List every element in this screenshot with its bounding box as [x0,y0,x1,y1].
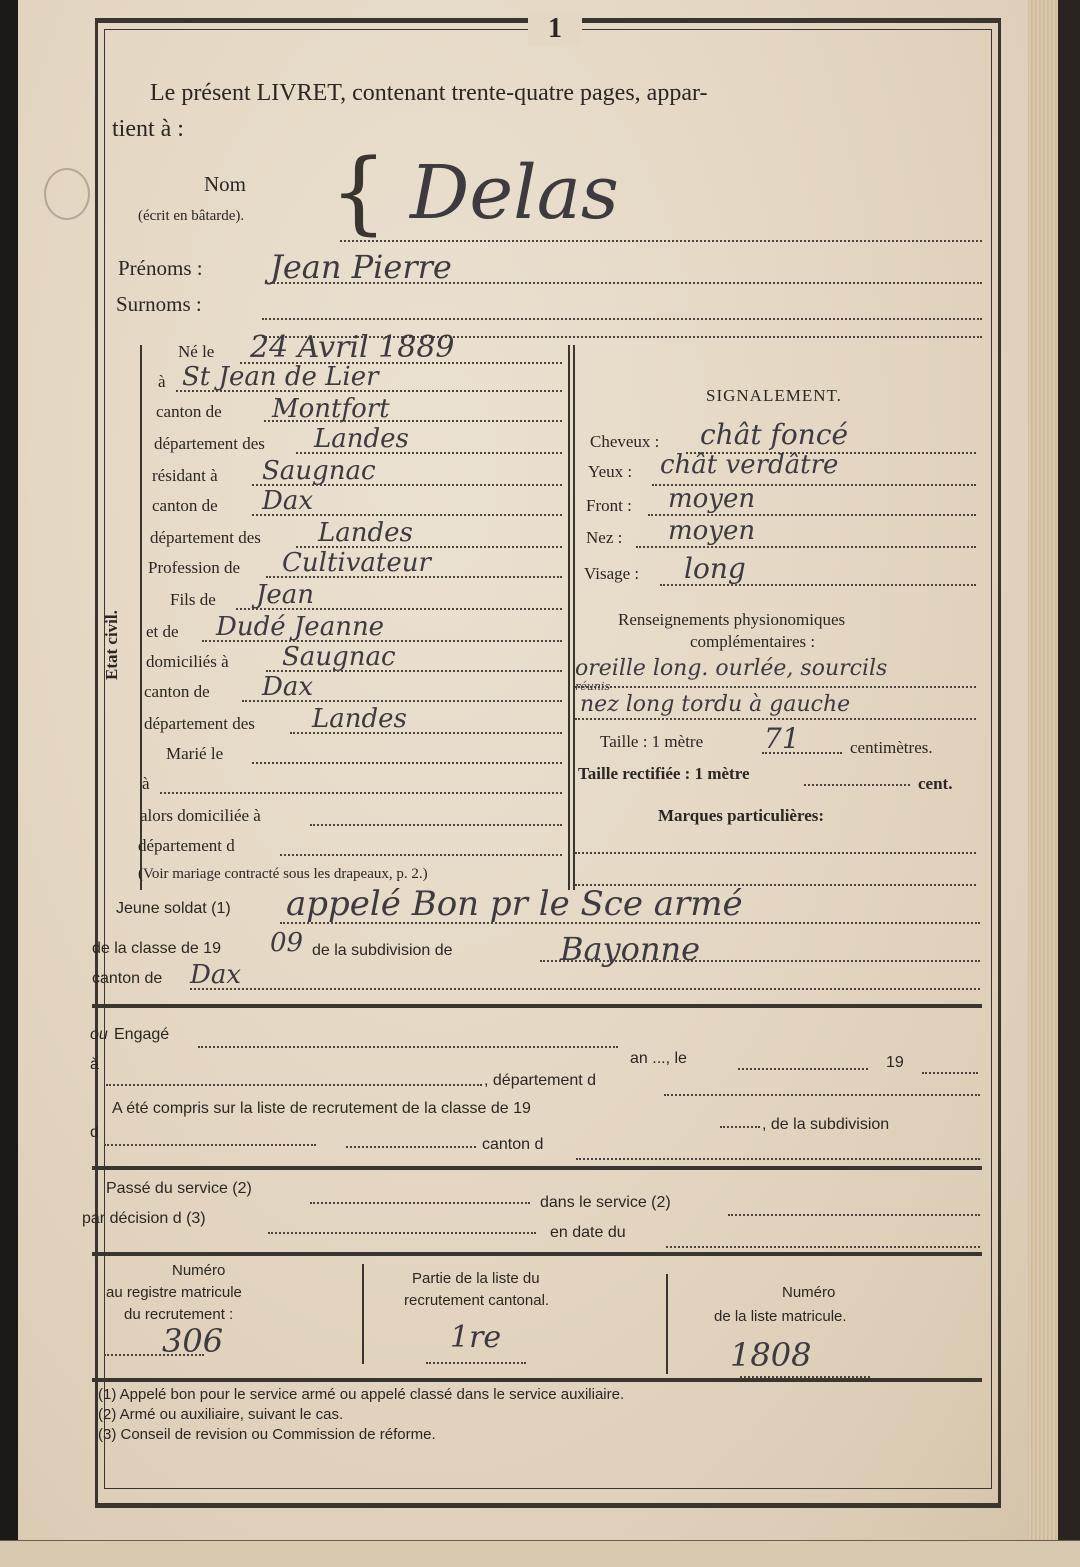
field-line [664,1094,980,1096]
nom-value: Delas [410,150,619,236]
marques-line-1 [575,852,976,854]
nez-value: moyen [668,516,755,546]
field-value: Dax [262,672,313,702]
jeune-soldat-label: Jeune soldat (1) [116,900,231,918]
compris-line: A été compris sur la liste de recrutemen… [112,1100,531,1118]
a-label: à [90,1056,99,1074]
cheveux-value: chât foncé [700,418,848,451]
surnoms-label: Surnoms : [116,292,202,317]
nom-sublabel: (écrit en bâtarde). [138,208,244,225]
field-line [106,1084,482,1086]
field-label: canton de [152,496,218,516]
d-label: d [90,1124,99,1142]
col1-title-1: Numéro [172,1262,225,1279]
col2-title-1: Partie de la liste du [412,1270,540,1287]
intro-line-1: Le présent LIVRET, contenant trente-quat… [150,80,707,107]
underlying-page-edge [0,1540,1080,1567]
engage-label: Engagé [114,1026,169,1044]
field-line [922,1072,978,1074]
field-line [176,390,562,392]
yeux-label: Yeux : [588,462,632,482]
footnote-3: (3) Conseil de revision ou Commission de… [98,1426,436,1443]
taille-label: Taille : 1 mètre [600,732,703,752]
field-line [575,718,976,720]
field-label: département des [150,528,261,548]
field-line [280,854,562,856]
canton-d-label: canton d [482,1136,543,1154]
field-value: Cultivateur [282,548,431,578]
nom-line [340,240,982,242]
col1-title-2: au registre matricule [106,1284,242,1301]
field-label: département d [138,836,235,856]
table-divider [362,1264,364,1364]
front-value: moyen [668,484,755,514]
field-line [575,686,976,688]
field-line [104,1354,204,1356]
renseignements-title: Renseignements physionomiques [618,610,845,630]
field-line [280,922,980,924]
prenoms-line [270,282,982,284]
marriage-note: (Voir mariage contracté sous les drapeau… [138,866,428,883]
field-label: à [142,774,150,794]
decision-label: par décision d (3) [82,1210,206,1228]
column-divider [568,345,570,890]
renseignements-line-1: oreille long. ourlée, sourcils [575,656,887,681]
field-label: et de [146,622,179,642]
field-line [728,1214,980,1216]
field-value: Jean [256,580,314,610]
field-label: Fils de [170,590,216,610]
passe-label: Passé du service (2) [106,1180,252,1198]
field-value: Landes [314,424,409,454]
subdivision-label-2: , de la subdivision [762,1116,889,1134]
field-line [296,452,562,454]
section-rule [92,1004,982,1008]
field-line [762,752,842,754]
marques-title: Marques particulières: [658,806,824,826]
field-label: canton de [156,402,222,422]
field-value: Landes [318,518,413,548]
intro-line-2: tient à : [112,116,184,143]
field-line [242,700,562,702]
taille-rectifiee-label: Taille rectifiée : 1 mètre [578,764,750,784]
field-line [666,1246,980,1248]
field-line [252,514,562,516]
field-value: Landes [312,704,407,734]
col3-title-1: Numéro [782,1284,835,1301]
field-line [660,584,976,586]
field-label: alors domiciliée à [140,806,261,826]
departement-label: , département d [484,1072,596,1090]
field-line [160,792,562,794]
dans-label: dans le service (2) [540,1194,671,1212]
signalement-title: SIGNALEMENT. [706,386,842,406]
surnoms-line [262,318,982,320]
field-line [190,988,980,990]
renseignements-title-2: complémentaires : [690,632,815,652]
field-line [104,1144,316,1146]
col3-value: 1808 [730,1336,811,1374]
canton-value: Dax [190,960,241,990]
jeune-soldat-value: appelé Bon pr le Sce armé [286,884,743,924]
table-divider [666,1274,668,1374]
field-label: Né le [178,342,214,362]
field-line [310,824,562,826]
col2-title-2: recrutement cantonal. [404,1292,549,1309]
field-value: Dax [262,486,313,516]
field-value: Dudé Jeanne [216,612,384,642]
taille-value: 71 [764,722,800,755]
nez-label: Nez : [586,528,622,548]
field-line [804,784,910,786]
field-label: département des [144,714,255,734]
col3-title-2: de la liste matricule. [714,1308,847,1325]
field-line [738,1068,868,1070]
field-label: domiciliés à [146,652,229,672]
field-line [540,960,980,962]
field-label: canton de [144,682,210,702]
book-spine-shadow [0,0,18,1567]
field-line [346,1146,476,1148]
brace: { [330,140,387,245]
field-line [252,762,562,764]
field-label: résidant à [152,466,218,486]
field-label: à [158,372,166,392]
col2-value: 1re [450,1320,501,1355]
etat-civil-label: Etat civil. [102,610,122,680]
field-value-birthplace: St Jean de Lier [182,362,379,392]
date-label: en date du [550,1224,626,1242]
field-value: Saugnac [262,456,376,486]
classe-value: 09 [270,928,303,958]
form-inner-border [104,29,992,1489]
section-rule [92,1378,982,1382]
canton-label: canton de [92,970,162,988]
section-rule [92,1166,982,1170]
taille-unit: centimètres. [850,738,933,758]
field-line [236,608,562,610]
binding-hole [44,168,90,220]
page-number: 1 [528,13,582,45]
field-label: Marié le [166,744,223,764]
subdivision-label: de la subdivision de [312,942,453,960]
taille-rectifiee-unit: cent. [918,774,952,794]
field-line [636,546,976,548]
field-label: Profession de [148,558,240,578]
prenoms-value: Jean Pierre [270,248,452,286]
field-line [310,1202,530,1204]
field-line [426,1362,526,1364]
prenoms-label: Prénoms : [118,256,203,281]
ou-label: ou [90,1026,108,1044]
field-value: Saugnac [282,642,396,672]
footnote-1: (1) Appelé bon pour le service armé ou a… [98,1386,624,1403]
field-value-birthdate: 24 Avril 1889 [250,330,455,365]
field-line [264,420,562,422]
field-line [266,576,562,578]
classe-label: de la classe de 19 [92,940,221,958]
field-line [290,732,562,734]
footnote-2: (2) Armé ou auxiliaire, suivant le cas. [98,1406,343,1423]
front-label: Front : [586,496,632,516]
visage-label: Visage : [584,564,639,584]
field-line [268,1232,536,1234]
yeux-value: chât verdâtre [660,450,838,480]
field-line [720,1126,760,1128]
field-line [198,1046,618,1048]
field-line [576,1158,980,1160]
column-divider-2 [573,345,575,890]
field-label: département des [154,434,265,454]
nom-label: Nom [204,172,246,197]
renseignements-line-2: nez long tordu à gauche [580,692,850,717]
an-label: an ..., le [630,1050,687,1068]
col1-title-3: du recrutement : [124,1306,233,1323]
section-rule [92,1252,982,1256]
year-prefix: 19 [886,1054,904,1072]
page-edges [1028,0,1058,1567]
cheveux-label: Cheveux : [590,432,659,452]
visage-value: long [684,552,746,585]
subdivision-value: Bayonne [560,930,700,968]
